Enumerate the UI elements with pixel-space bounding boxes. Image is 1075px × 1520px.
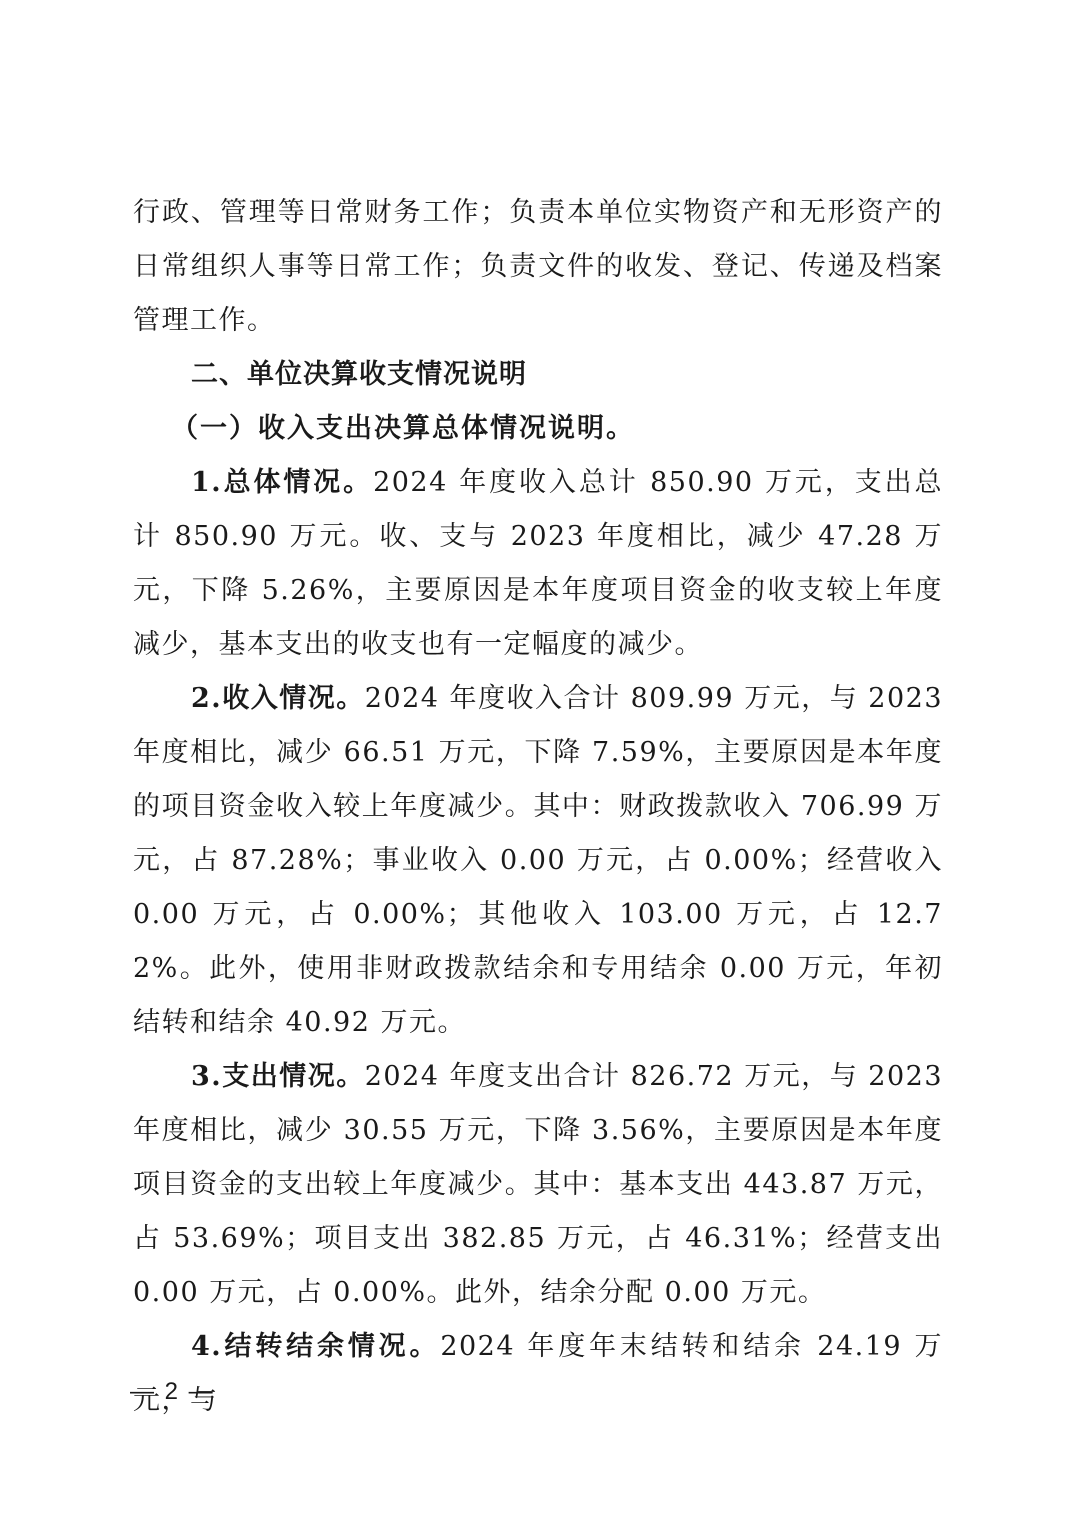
paragraph-lead: 1.总体情况。 xyxy=(191,467,373,498)
intro-paragraph: 行政、管理等日常财务工作；负责本单位实物资产和无形资产的日常组织人事等日常工作；… xyxy=(133,186,943,348)
paragraph-lead: 3.支出情况。 xyxy=(191,1061,365,1092)
paragraph-text: 2024 年度收入合计 809.99 万元，与 2023 年度相比，减少 66.… xyxy=(133,683,943,1038)
subsection-heading: （一）收入支出决算总体情况说明。 xyxy=(133,402,943,456)
paragraph-carryover: 4.结转结余情况。2024 年度年末结转和结余 24.19 万元，与 xyxy=(133,1320,943,1428)
page-number: — 2 — xyxy=(130,1378,215,1406)
paragraph-overall: 1.总体情况。2024 年度收入总计 850.90 万元，支出总计 850.90… xyxy=(133,456,943,672)
paragraph-expenditure: 3.支出情况。2024 年度支出合计 826.72 万元，与 2023 年度相比… xyxy=(133,1050,943,1320)
paragraph-income: 2.收入情况。2024 年度收入合计 809.99 万元，与 2023 年度相比… xyxy=(133,672,943,1050)
paragraph-lead: 2.收入情况。 xyxy=(191,683,365,714)
paragraph-lead: 4.结转结余情况。 xyxy=(191,1331,440,1362)
section-heading: 二、单位决算收支情况说明 xyxy=(133,348,943,402)
document-page: 行政、管理等日常财务工作；负责本单位实物资产和无形资产的日常组织人事等日常工作；… xyxy=(133,186,943,1428)
paragraph-text: 2024 年度支出合计 826.72 万元，与 2023 年度相比，减少 30.… xyxy=(133,1061,943,1308)
